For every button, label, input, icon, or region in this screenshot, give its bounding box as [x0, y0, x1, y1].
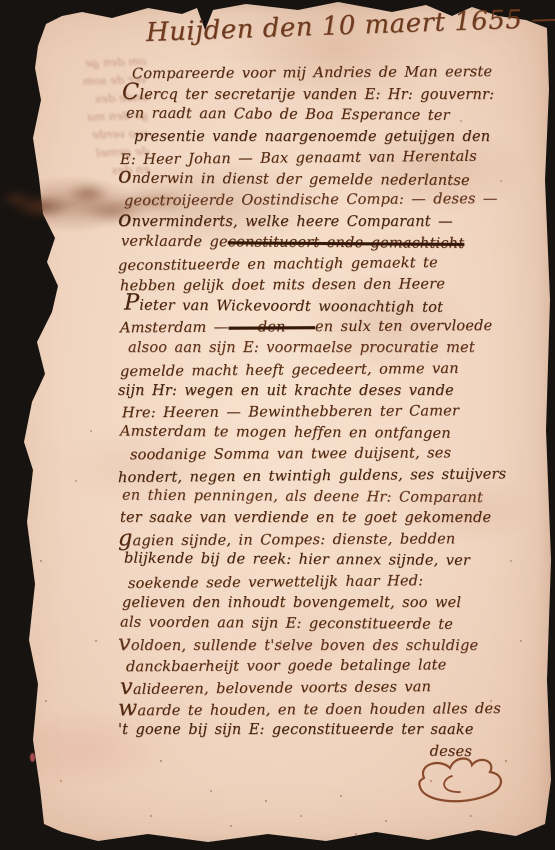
text-line: Amsterdam — — den — en sulx ten overvloe…: [118, 316, 550, 340]
red-fleck: [30, 753, 35, 762]
text-line: Compareerde voor mij Andries de Man eers…: [118, 62, 550, 86]
text-line: ter saake van verdiende en te goet gekom…: [118, 508, 550, 529]
text-line: als voorden aan sijn E: geconstitueerde …: [118, 612, 550, 636]
text-line: soodanige Somma van twee duijsent, ses: [118, 443, 550, 467]
manuscript-lines: Compareerde voor mij Andries de Man eers…: [118, 63, 550, 762]
text-line: Clercq ter secretarije vanden E: Hr: gou…: [118, 84, 550, 105]
text-line: hebben gelijk doet mits desen den Heere: [118, 274, 550, 298]
text-line: blijkende bij de reek: hier annex sijnde…: [118, 549, 550, 573]
text-line: presentie vande naargenoemde getuijgen d…: [118, 127, 550, 148]
text-line: gemelde macht heeft gecedeert, omme van: [118, 358, 550, 383]
text-line: soekende sede verwettelijk haar Hed:: [118, 569, 550, 594]
text-line: geoctroijeerde Oostindische Compa: — des…: [118, 189, 550, 213]
text-line: alsoo aan sijn E: voormaelse procuratie …: [118, 338, 550, 359]
foxing-specks: [0, 0, 2, 2]
text-line: 't goene bij sijn E: geconstitueerde ter…: [118, 720, 550, 741]
text-line: waarde te houden, en te doen houden alle…: [118, 697, 550, 721]
text-line: Hre: Heeren — Bewinthebberen ter Camer: [118, 401, 550, 425]
text-line: sijn Hr: wegen en uit krachte deses vand…: [118, 381, 550, 402]
text-line: deses: [118, 739, 550, 763]
text-line: valideeren, belovende voorts deses van: [118, 675, 550, 700]
text-line: en raadt aan Cabo de Boa Esperance ter: [118, 104, 550, 128]
struck-text: — den —: [228, 319, 315, 336]
text-line: gelieven den inhoudt bovengemelt, soo we…: [118, 593, 550, 614]
text-line: onderwin in dienst der gemelde nederlant…: [118, 167, 550, 191]
text-line: voldoen, sullende t'selve boven des schu…: [118, 635, 550, 656]
text-line: onverminderts, welke heere Comparant —: [118, 211, 550, 232]
text-line: en thien penningen, als deene Hr: Compar…: [118, 485, 550, 509]
struck-text: constitueert ende gemachticht: [228, 234, 465, 252]
